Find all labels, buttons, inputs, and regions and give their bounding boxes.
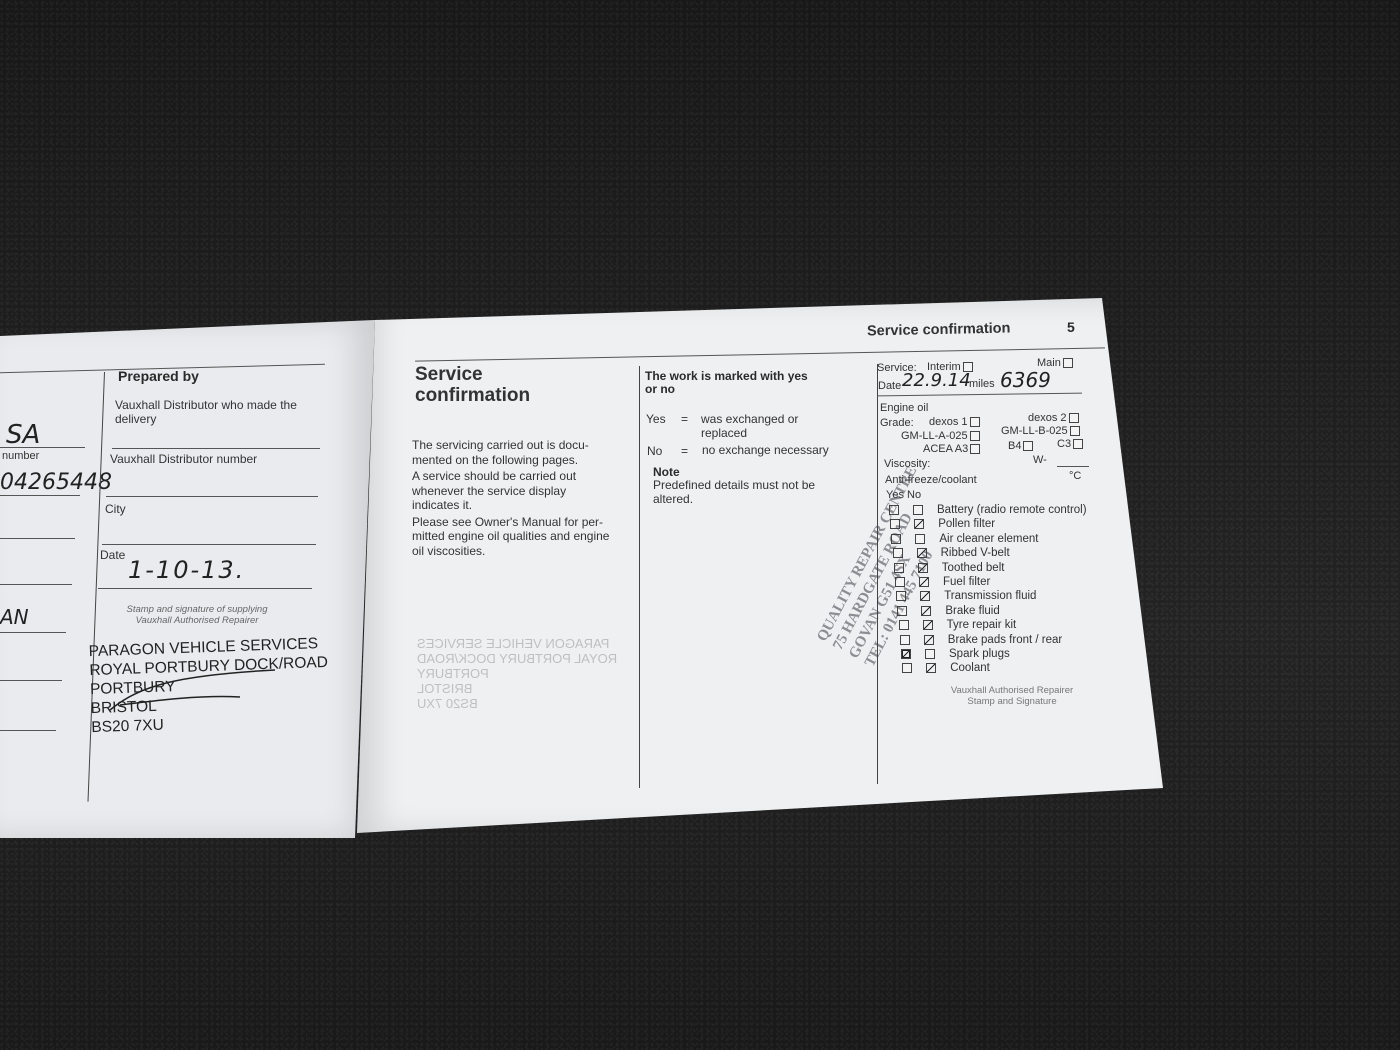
date-label: Date [100,548,125,562]
no-checkbox[interactable] [923,620,933,630]
grade-acea-a3-label: ACEA A3 [923,443,968,455]
miles-label: miles [969,378,995,390]
checklist-item-label: Transmission fluid [944,590,1036,602]
header-title: Service confirmation [867,320,1011,339]
miles-value[interactable]: 6369 [1000,368,1051,392]
yes-checkbox[interactable] [902,663,912,673]
legend-yes-eq: = [681,412,688,426]
grade-gm-ll-b-label: GM-LL-B-025 [1001,425,1068,437]
checklist-item-label: Ribbed V-belt [941,547,1010,559]
page-number: 5 [1067,319,1075,335]
engine-oil-label: Engine oil [880,402,928,414]
grade-dexos2-checkbox[interactable] [1069,413,1079,423]
checklist-item-label: Coolant [950,662,990,674]
grade-label: Grade: [880,417,914,429]
no-checkbox[interactable] [925,649,935,659]
yes-checkbox[interactable] [901,649,911,659]
distributor-label: Vauxhall Distributor who made the delive… [115,398,315,426]
handwritten-name: AN [0,605,29,629]
repairer-caption: Vauxhall Authorised Repairer Stamp and S… [942,685,1082,707]
grade-dexos2-label: dexos 2 [1028,412,1067,424]
grade-acea-a3[interactable]: ACEA A3 [923,443,980,455]
main-checkbox[interactable] [1063,358,1073,368]
grade-b4-checkbox[interactable] [1023,441,1033,451]
intro-title-line2: confirmation [415,385,530,406]
service-date-label: Date [878,380,901,392]
legend-no-text: no exchange necessary [702,443,829,457]
handwritten-number: 04265448 [0,470,112,495]
checklist-item: Brake pads front / rear [898,633,1087,647]
grade-gm-ll-a-checkbox[interactable] [970,431,980,441]
note-line: Predefined details must not be [653,478,815,492]
intro-line: A service should be carried out [412,469,609,484]
grade-dexos1-label: dexos 1 [929,416,968,428]
viscosity-w: W- [1033,454,1047,466]
no-checkbox[interactable] [920,591,930,601]
no-checkbox[interactable] [921,606,931,616]
show-through-line: PORTBURY [417,666,622,681]
grade-c3-label: C3 [1057,438,1071,450]
grade-b4-label: B4 [1008,440,1021,452]
show-through-line: PARAGON VEHICLE SERVICES [417,636,622,651]
checklist-item: Transmission fluid [894,589,1086,603]
intro-line: The servicing carried out is docu- [412,438,609,453]
intro-line: oil viscosities. [412,544,609,559]
grade-dexos1[interactable]: dexos 1 [929,416,980,428]
right-page: Service confirmation 5 Service confirmat… [357,298,1163,833]
grade-acea-a3-checkbox[interactable] [970,444,980,454]
stamp-caption-line2: Vauxhall Authorised Repairer [122,615,272,626]
show-through-line: BS20 7XU [417,696,622,711]
checklist-item: Brake fluid [895,604,1086,618]
grade-gm-ll-b-checkbox[interactable] [1070,426,1080,436]
legend-no-label: No [647,444,662,458]
yes-checkbox[interactable] [900,635,910,645]
grade-dexos1-checkbox[interactable] [970,417,980,427]
grade-gm-ll-b[interactable]: GM-LL-B-025 [1001,425,1080,437]
intro-line: whenever the service display [412,484,609,499]
grade-b4[interactable]: B4 [1008,440,1033,452]
intro-line: indicates it. [412,498,609,513]
grade-gm-ll-a[interactable]: GM-LL-A-025 [901,430,980,442]
note-line: altered. [653,492,815,506]
intro-line: mented on the following pages. [412,453,609,468]
note-heading: Note [653,465,680,479]
show-through-stamp: PARAGON VEHICLE SERVICES ROYAL PORTBURY … [417,636,622,711]
service-date-value[interactable]: 22.9.14 [902,370,971,391]
intro-title: Service confirmation [415,364,530,406]
no-checkbox[interactable] [924,635,934,645]
checklist-item: Spark plugs [899,647,1087,661]
checklist-item-label: Tyre repair kit [947,619,1017,631]
handwritten-model: SA [6,420,40,450]
show-through-line: ROYAL PORTBURY DOCK/ROAD [417,651,622,666]
checklist-item-label: Toothed belt [942,562,1005,574]
intro-line: mitted engine oil qualities and engine [412,529,609,544]
number-label: number [2,450,39,462]
stamp-caption: Stamp and signature of supplying Vauxhal… [122,604,272,626]
show-through-line: BRISTOL [417,681,622,696]
left-page: SA number 04265448 AN Prepared by Vauxha… [0,320,375,838]
checklist-item-label: Spark plugs [949,648,1010,660]
legend-yes-text: was exchanged or replaced [701,412,798,440]
repairer-caption-line1: Vauxhall Authorised Repairer [942,685,1082,696]
grade-gm-ll-a-label: GM-LL-A-025 [901,430,968,442]
stamp-caption-line1: Stamp and signature of supplying [122,604,272,615]
city-label: City [105,502,126,516]
distributor-number-label: Vauxhall Distributor number [110,452,257,466]
checklist-item-label: Brake fluid [945,605,999,617]
grade-c3-checkbox[interactable] [1073,439,1083,449]
celsius-unit: °C [1069,470,1081,482]
checklist-item-label: Fuel filter [943,576,990,588]
intro-line: Please see Owner's Manual for per- [412,515,609,530]
handwritten-date: 1-10-13. [128,556,245,584]
legend-yes-line: was exchanged or [701,412,798,426]
legend-title: The work is marked with yes or no [645,370,808,396]
checklist-item-label: Brake pads front / rear [948,634,1062,646]
grade-c3[interactable]: C3 [1057,438,1083,450]
legend-yes-label: Yes [646,412,666,426]
repairer-caption-line2: Stamp and Signature [942,696,1082,707]
intro-text: The servicing carried out is docu- mente… [412,438,609,558]
no-checkbox[interactable] [926,663,936,673]
legend-no-eq: = [681,444,688,458]
legend-title-line: or no [645,383,808,396]
signature-scribble [100,665,280,715]
grade-dexos2[interactable]: dexos 2 [1028,412,1079,424]
checklist-item-label: Air cleaner element [939,533,1038,545]
checklist-item: Tyre repair kit [897,618,1087,632]
intro-title-line1: Service [415,364,530,385]
legend-yes-line: replaced [701,426,798,440]
prepared-by-heading: Prepared by [118,368,199,384]
note-text: Predefined details must not be altered. [653,478,815,506]
checklist-item: Coolant [900,661,1086,675]
